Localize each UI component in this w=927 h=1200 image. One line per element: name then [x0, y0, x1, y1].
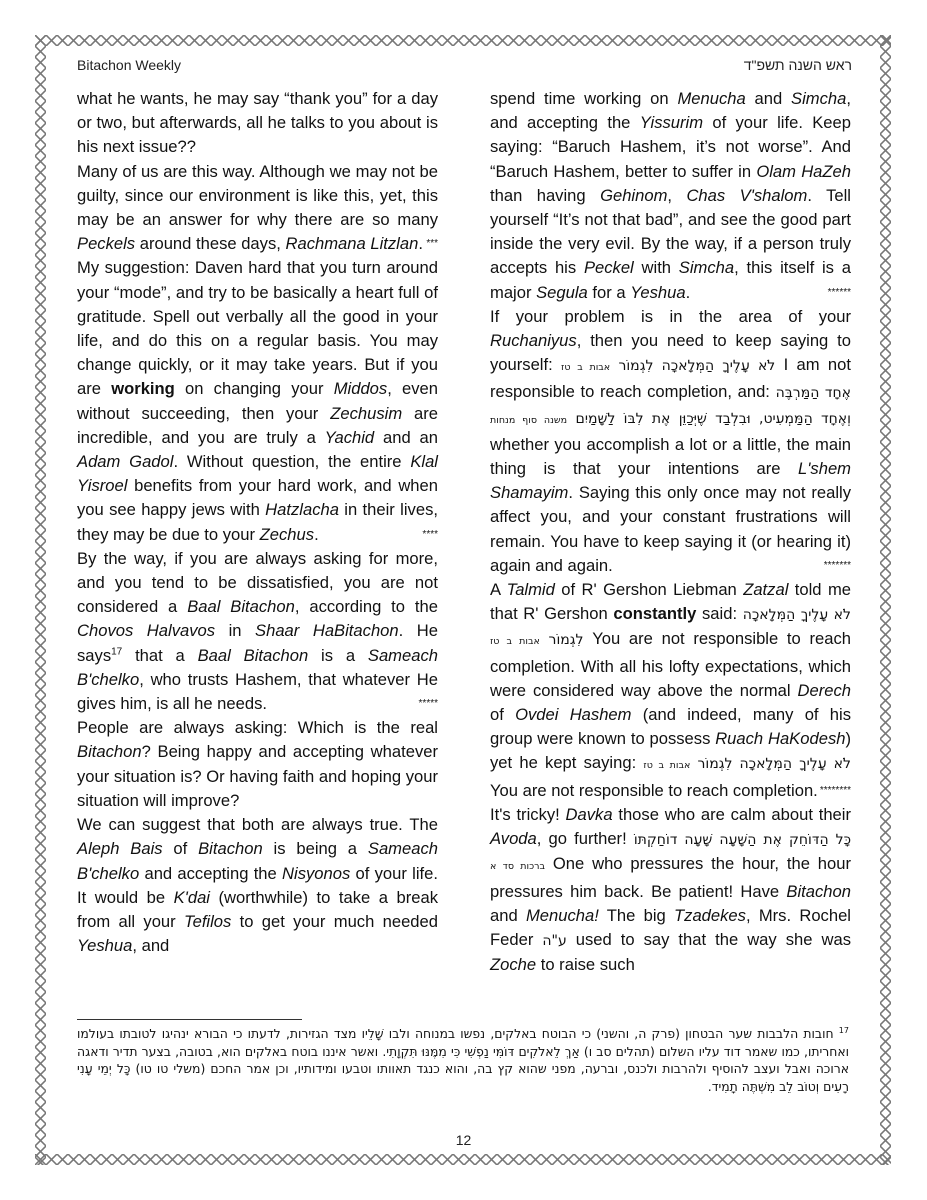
decorative-border-right: [880, 35, 891, 1165]
decorative-border-top: [35, 35, 891, 46]
paragraph: It's tricky! Davka those who are calm ab…: [490, 803, 851, 977]
paragraph: A Talmid of R' Gershon Liebman Zatzal to…: [490, 578, 851, 803]
hebrew-source-citation: ברכות סד א: [490, 861, 545, 872]
section-separator-stars: *****: [419, 692, 438, 716]
issue-date-hebrew: ראש השנה תשפ"ד: [744, 57, 852, 73]
right-column: spend time working on Menucha and Simcha…: [490, 87, 851, 977]
decorative-border-bottom: [35, 1154, 891, 1165]
section-separator-stars: ***: [426, 232, 438, 256]
left-column: what he wants, he may say “thank you” fo…: [77, 87, 438, 958]
paragraph: If your problem is in the area of your R…: [490, 305, 851, 578]
footnote-reference[interactable]: 17: [111, 646, 122, 657]
section-separator-stars: *******: [824, 554, 851, 578]
hebrew-quote: לֹא עָלֶיךָ הַמְּלָאכָה לִגְמוֹר: [698, 756, 851, 772]
publication-title: Bitachon Weekly: [77, 57, 181, 73]
decorative-border-left: [35, 35, 46, 1165]
page-number: 12: [0, 1132, 927, 1148]
footnote-separator: [77, 1019, 302, 1020]
paragraph: By the way, if you are always asking for…: [77, 547, 438, 716]
hebrew-quote: לֹא עָלֶיךָ הַמְּלָאכָה לִגְמוֹר: [618, 358, 775, 374]
hebrew-source-citation: משנה סוף מנחות: [490, 415, 567, 426]
paragraph: We can suggest that both are always true…: [77, 813, 438, 958]
paragraph: Many of us are this way. Although we may…: [77, 160, 438, 257]
paragraph: People are always asking: Which is the r…: [77, 716, 438, 813]
footnote: 17 חובות הלבבות שער הבטחון (פרק ה, והשני…: [77, 1025, 849, 1095]
paragraph: spend time working on Menucha and Simcha…: [490, 87, 851, 305]
footnote-text: חובות הלבבות שער הבטחון (פרק ה, והשני) כ…: [77, 1026, 849, 1094]
section-separator-stars: ****: [422, 523, 438, 547]
section-separator-stars: ******: [828, 281, 851, 305]
footnote-number: 17: [839, 1026, 849, 1035]
paragraph: what he wants, he may say “thank you” fo…: [77, 87, 438, 160]
hebrew-source-citation: אבות ב טז: [643, 760, 690, 771]
paragraph: My suggestion: Daven hard that you turn …: [77, 256, 438, 546]
section-separator-stars: ********: [820, 779, 851, 803]
hebrew-source-citation: אבות ב טז: [490, 636, 540, 647]
hebrew-honorific: ע"ה: [542, 933, 566, 949]
hebrew-source-citation: אבות ב טז: [561, 362, 610, 373]
hebrew-quote: כָּל הַדּוֹחֵק אֶת הַשָּׁעָה שָׁעָה דוֹח…: [634, 832, 851, 848]
